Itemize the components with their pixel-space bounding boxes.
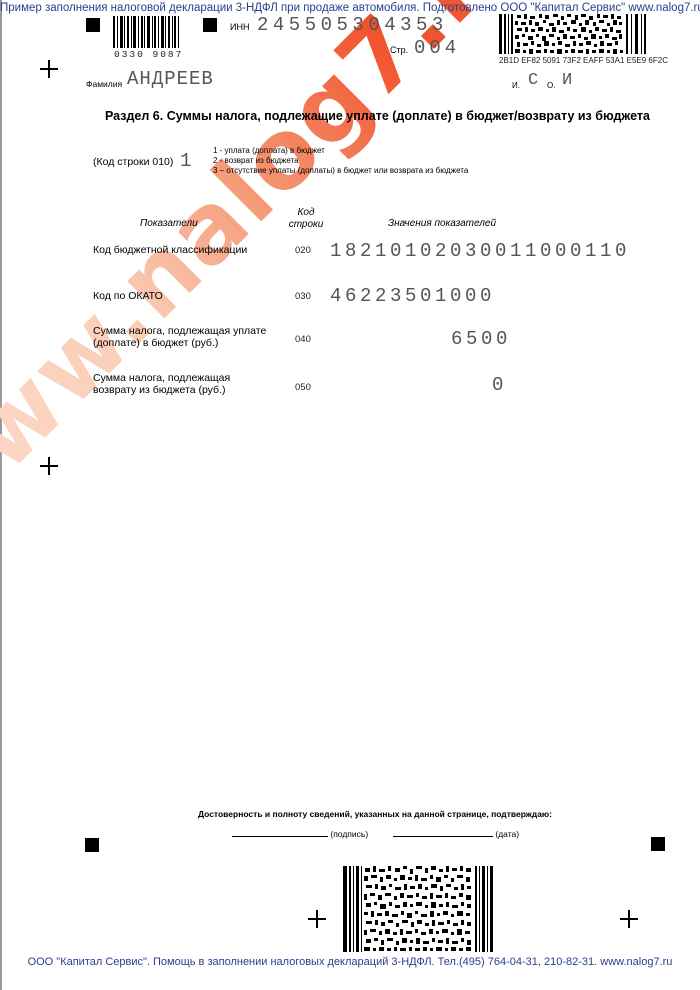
line010-option-3: 3 – отсутствие уплаты (доплаты) в бюджет… bbox=[213, 166, 468, 176]
alignment-marker-top-mid bbox=[203, 18, 217, 32]
top-caption: Пример заполнения налоговой декларации 3… bbox=[0, 2, 700, 14]
signature-block: (подпись) bbox=[232, 829, 368, 839]
header-values: Значения показателей bbox=[388, 218, 496, 229]
2d-barcode bbox=[499, 14, 647, 54]
2d-barcode-code: 2B1D EF82 5091 73F2 EAFF 53A1 E5E9 6F2C bbox=[499, 56, 668, 65]
barcode-number: 0330 9087 bbox=[114, 49, 183, 60]
surname-label: Фамилия bbox=[86, 79, 122, 89]
inn-field[interactable]: 245505304353 bbox=[257, 14, 448, 36]
surname-field[interactable]: АНДРЕЕВ bbox=[127, 68, 214, 90]
row-050-value[interactable]: 0 bbox=[492, 374, 506, 396]
line010-option-1: 1 - уплата (доплата) в бюджет bbox=[213, 146, 468, 156]
alignment-marker-top-left bbox=[86, 18, 100, 32]
signature-label: (подпись) bbox=[330, 829, 368, 839]
date-block: (дата) bbox=[393, 829, 519, 839]
row-030-value[interactable]: 46223501000 bbox=[330, 285, 495, 307]
date-line[interactable] bbox=[393, 836, 493, 837]
section-title: Раздел 6. Суммы налога, подлежащие уплат… bbox=[105, 109, 650, 123]
line010-field[interactable]: 1 bbox=[180, 150, 191, 172]
header-line-code: Код строки bbox=[286, 207, 326, 231]
date-label: (дата) bbox=[495, 829, 519, 839]
line010-label: (Код строки 010) bbox=[93, 156, 173, 168]
patronymic-initial-field[interactable]: И bbox=[562, 71, 572, 90]
confirmation-text: Достоверность и полноту сведений, указан… bbox=[0, 809, 700, 819]
name-initial-label: И. bbox=[512, 81, 520, 90]
name-initial-field[interactable]: С bbox=[528, 71, 538, 90]
row-050-label: Сумма налога, подлежащая возврату из бюд… bbox=[93, 372, 263, 396]
registration-cross-mid-left bbox=[40, 457, 58, 475]
row-030-code: 030 bbox=[295, 291, 311, 302]
row-040-code: 040 bbox=[295, 334, 311, 345]
bottom-2d-barcode bbox=[343, 866, 495, 952]
line010-options: 1 - уплата (доплата) в бюджет 2 - возвра… bbox=[213, 146, 468, 176]
header-line-code-1: Код bbox=[286, 207, 326, 219]
alignment-marker-bottom-left bbox=[85, 838, 99, 852]
row-040-value[interactable]: 6500 bbox=[451, 328, 511, 350]
linear-barcode bbox=[113, 16, 179, 48]
line010-option-2: 2 - возврат из бюджета bbox=[213, 156, 468, 166]
signature-line[interactable] bbox=[232, 836, 328, 837]
registration-cross-bottom-mid bbox=[308, 910, 326, 928]
watermark: www.nalog7.ru bbox=[0, 0, 555, 556]
page-border bbox=[0, 0, 2, 990]
page-label: Стр. bbox=[390, 45, 408, 55]
registration-cross-bottom-right bbox=[620, 910, 638, 928]
row-040-label: Сумма налога, подлежащая уплате (доплате… bbox=[93, 325, 283, 349]
row-020-label: Код бюджетной классификации bbox=[93, 244, 247, 256]
patronymic-initial-label: О. bbox=[547, 81, 555, 90]
alignment-marker-bottom-right bbox=[651, 837, 665, 851]
row-050-code: 050 bbox=[295, 382, 311, 393]
row-030-label: Код по ОКАТО bbox=[93, 290, 163, 302]
page-number-field[interactable]: 004 bbox=[414, 37, 460, 59]
header-line-code-2: строки bbox=[286, 219, 326, 231]
row-020-code: 020 bbox=[295, 245, 311, 256]
row-020-value[interactable]: 18210102030011000110 bbox=[330, 240, 630, 262]
bottom-caption: ООО "Капитал Сервис". Помощь в заполнени… bbox=[0, 956, 700, 968]
inn-label: ИНН bbox=[230, 22, 249, 32]
watermark-text: www.nalog7.ru bbox=[0, 0, 555, 556]
header-indicators: Показатели bbox=[140, 218, 198, 229]
registration-cross-top-left bbox=[40, 60, 58, 78]
